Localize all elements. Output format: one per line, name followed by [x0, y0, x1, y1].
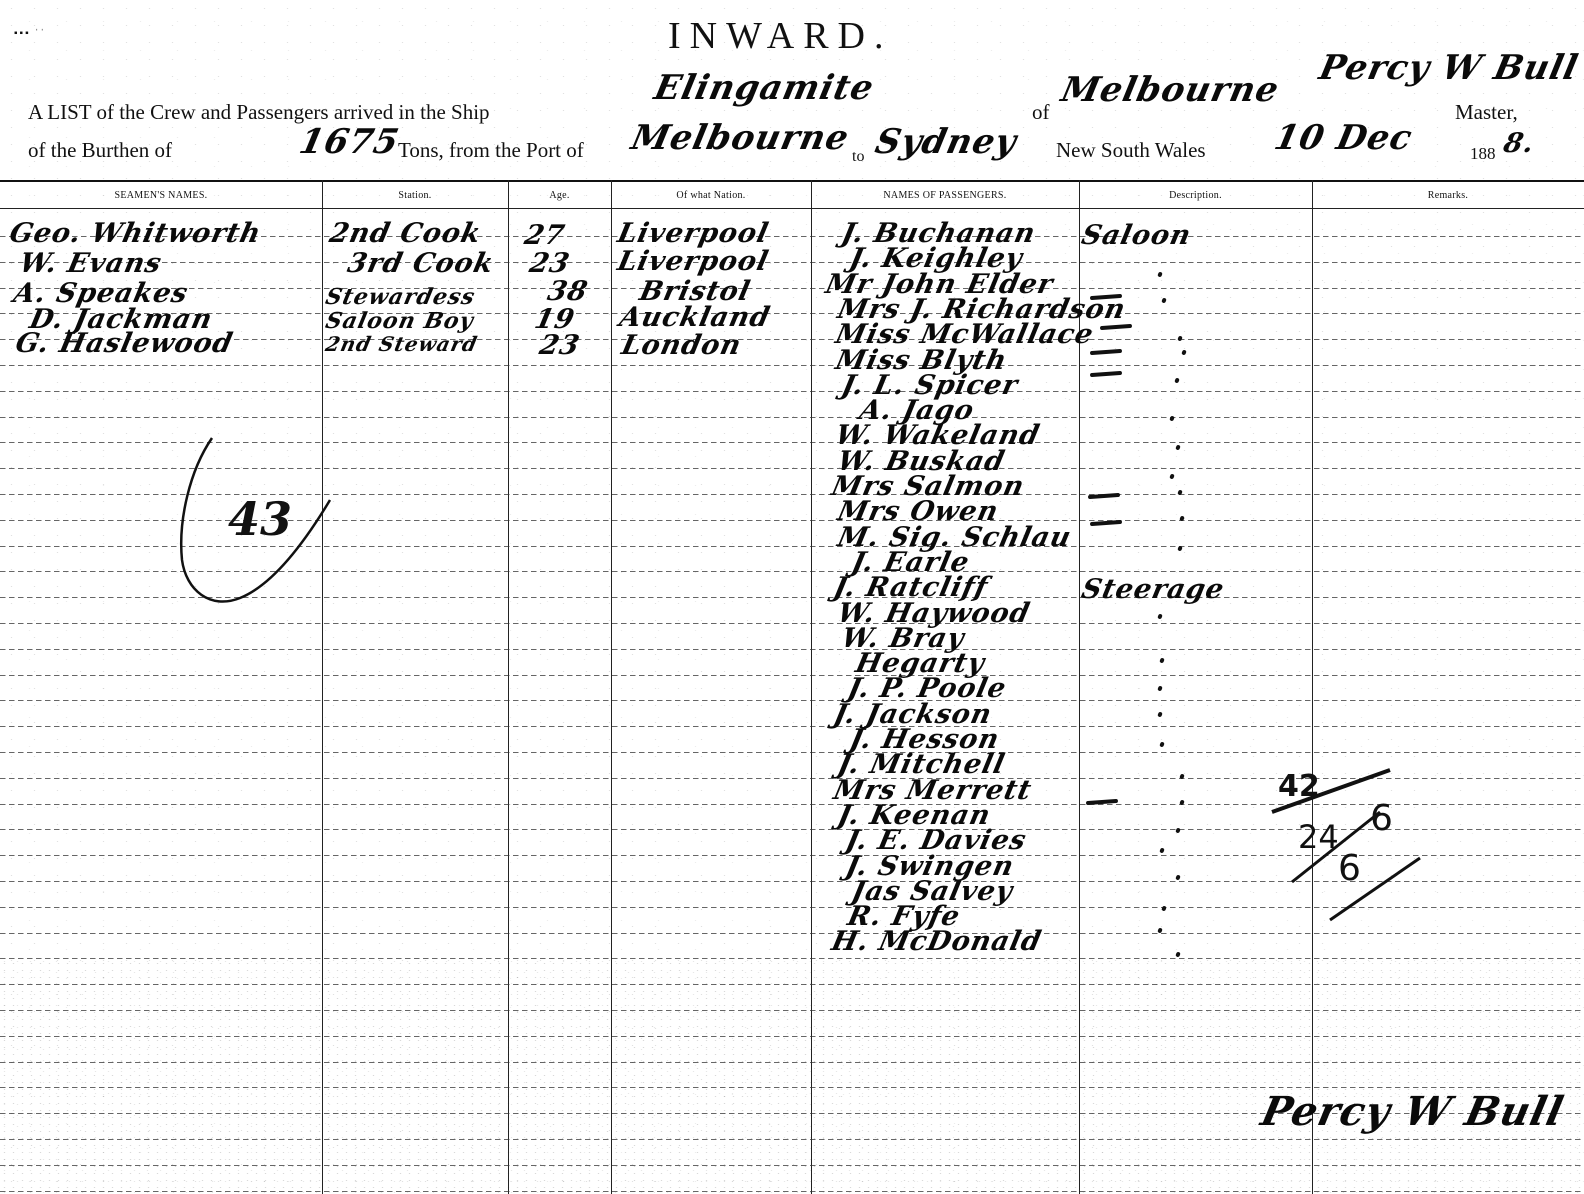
crew-nation: Auckland	[617, 302, 774, 333]
list-intro-label: A LIST of the Crew and Passengers arrive…	[28, 100, 490, 125]
ruled-line	[0, 984, 1584, 985]
passenger-name: H. McDonald	[829, 926, 1045, 957]
remarks-tally: 42 24 6 6	[1250, 730, 1430, 930]
ruled-line	[0, 288, 1584, 289]
ditto-dot	[1161, 297, 1166, 303]
ruled-line	[0, 623, 1584, 624]
column-header-nation: Of what Nation.	[611, 190, 811, 201]
ditto-dot	[1157, 271, 1162, 277]
crew-station: 2nd Steward	[323, 332, 480, 356]
ditto-dot	[1157, 685, 1162, 691]
tons-from-port-label: Tons, from the Port of	[398, 138, 584, 163]
column-header-seamen-names: SEAMEN'S NAMES.	[0, 190, 322, 201]
from-port: Melbourne	[628, 118, 853, 158]
ruled-line	[0, 391, 1584, 392]
ditto-dot	[1169, 473, 1174, 479]
burthen-label: of the Burthen of	[28, 138, 172, 163]
ruled-line	[0, 262, 1584, 263]
ruled-line	[0, 313, 1584, 314]
tally-side-number: 6	[1370, 798, 1393, 839]
column-header-passenger-names: NAMES OF PASSENGERS.	[811, 190, 1079, 201]
corner-mark: ▪▪▪ ˈˈ	[14, 28, 46, 39]
crew-station: 3rd Cook	[345, 248, 497, 279]
ruled-line	[0, 726, 1584, 727]
column-divider	[611, 180, 612, 1194]
ditto-dash	[1088, 493, 1120, 499]
ditto-dot	[1175, 444, 1180, 450]
ruled-line	[0, 1036, 1584, 1037]
crew-station: 2nd Cook	[327, 218, 485, 249]
table-header-rule	[0, 208, 1584, 209]
crew-age: 23	[537, 330, 583, 361]
column-divider	[1312, 180, 1313, 1194]
ditto-dot	[1174, 377, 1179, 383]
ditto-dash	[1100, 324, 1132, 330]
ruled-line	[0, 1165, 1584, 1166]
crew-nation: London	[619, 330, 745, 361]
crew-name: Geo. Whitworth	[7, 218, 264, 249]
master-name: Percy W Bull	[1316, 48, 1582, 88]
crew-station: Saloon Boy	[323, 308, 476, 334]
scan-noise-bottom	[0, 960, 1584, 1194]
ruled-line	[0, 1062, 1584, 1063]
ditto-dot	[1175, 827, 1180, 833]
crew-name: G. Haslewood	[13, 328, 236, 359]
tally-top-number: 42	[1278, 769, 1320, 804]
ditto-dot	[1157, 613, 1162, 619]
ditto-dash	[1090, 371, 1122, 377]
ditto-dot	[1157, 711, 1162, 717]
column-header-description: Description.	[1079, 190, 1312, 201]
column-header-age: Age.	[508, 190, 611, 201]
ditto-dot	[1159, 657, 1164, 663]
ruled-line	[0, 1191, 1584, 1192]
column-header-station: Station.	[322, 190, 508, 201]
description-saloon: Saloon	[1079, 220, 1194, 251]
year-suffix: 8.	[1501, 128, 1538, 159]
tonnage: 1675	[296, 122, 403, 162]
circled-number: 43	[228, 492, 292, 546]
page-title: INWARD.	[668, 14, 892, 58]
ruled-line	[0, 1010, 1584, 1011]
ditto-dot	[1161, 905, 1166, 911]
column-divider	[508, 180, 509, 1194]
state-label: New South Wales	[1056, 138, 1206, 163]
description-steerage: Steerage	[1079, 574, 1228, 605]
crew-age: 27	[522, 220, 568, 251]
to-port: Sydney	[872, 122, 1021, 162]
column-header-remarks: Remarks.	[1312, 190, 1584, 201]
year-prefix: 188	[1470, 144, 1496, 164]
ditto-dot	[1159, 847, 1164, 853]
arrival-date: 10 Dec	[1271, 118, 1416, 158]
crew-station: Stewardess	[323, 284, 478, 310]
column-divider	[811, 180, 812, 1194]
tally-mid-number: 24	[1298, 818, 1339, 856]
crew-nation: Liverpool	[615, 218, 772, 249]
ditto-dot	[1175, 874, 1180, 880]
tally-bottom-number: 6	[1338, 848, 1361, 889]
ditto-dash	[1090, 349, 1122, 355]
of-label: of	[1032, 100, 1050, 125]
crew-nation: Liverpool	[615, 246, 772, 277]
ditto-dot	[1169, 415, 1174, 421]
ditto-dot	[1175, 951, 1180, 957]
ruled-line	[0, 700, 1584, 701]
ship-name: Elingamite	[651, 68, 878, 108]
ruled-line	[0, 339, 1584, 340]
ditto-dot	[1177, 545, 1182, 551]
ruled-line	[0, 958, 1584, 959]
master-label: Master,	[1455, 100, 1518, 125]
to-label: to	[852, 148, 864, 166]
ditto-dot	[1159, 741, 1164, 747]
crew-name: W. Evans	[17, 248, 165, 279]
ditto-dash	[1090, 520, 1122, 526]
table-top-rule	[0, 180, 1584, 182]
ruled-line	[0, 365, 1584, 366]
ruled-line	[0, 1139, 1584, 1140]
ditto-dot	[1177, 335, 1182, 341]
crew-age: 23	[527, 248, 573, 279]
crew-age: 38	[545, 276, 591, 307]
ditto-dot	[1181, 349, 1186, 355]
ruled-line	[0, 933, 1584, 934]
home-port: Melbourne	[1058, 70, 1283, 110]
ruled-line	[0, 675, 1584, 676]
ruled-line	[0, 649, 1584, 650]
circled-count-mark: 43	[170, 410, 340, 610]
master-signature: Percy W Bull	[1257, 1088, 1568, 1135]
